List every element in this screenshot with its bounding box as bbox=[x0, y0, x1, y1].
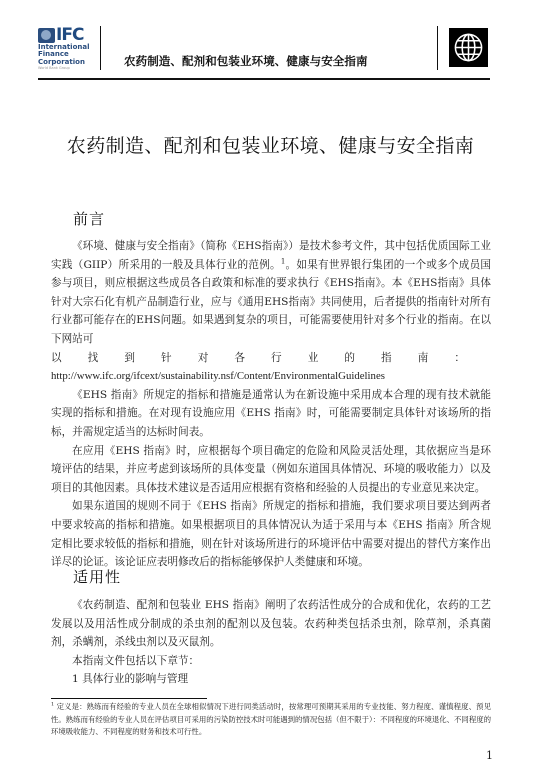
foreword-paragraph-4: 如果东道国的规则不同于《EHS 指南》所规定的指标和措施，我们要求项目要达到两者… bbox=[51, 497, 491, 571]
document-title: 农药制造、配剂和包装业环境、健康与安全指南 bbox=[0, 131, 541, 158]
foreword-paragraph-2: 《EHS 指南》所规定的指标和措施是通常认为在新设施中采用成本合理的现有技术就能… bbox=[51, 386, 491, 442]
header-divider-right bbox=[437, 26, 438, 70]
footnote-separator bbox=[51, 698, 207, 699]
footnote-text: 定义是：熟练而有经验的专业人员在全球相似情况下进行同类活动时，按常理可预期其采用… bbox=[51, 702, 491, 736]
ifc-logo: IFC International Finance Corporation Wo… bbox=[38, 27, 90, 79]
applicability-body: 《农药制造、配剂和包装业 EHS 指南》阐明了农药活性成分的合成和优化，农药的工… bbox=[51, 596, 491, 689]
footnote-marker: 1 bbox=[51, 702, 54, 708]
footnote: 1 定义是：熟练而有经验的专业人员在全球相似情况下进行同类活动时，按常理可预期其… bbox=[51, 701, 491, 739]
chapter-list-item-1: 1 具体行业的影响与管理 bbox=[51, 670, 491, 689]
header-rule bbox=[38, 78, 490, 80]
header-divider-left bbox=[100, 26, 101, 70]
applicability-paragraph-2: 本指南文件包括以下章节： bbox=[51, 652, 491, 671]
document-page: IFC International Finance Corporation Wo… bbox=[0, 0, 541, 782]
paragraph-text: 以找到针对各行业的指南： bbox=[51, 352, 491, 364]
ifc-name-line-3: Corporation bbox=[38, 59, 90, 66]
applicability-paragraph-1: 《农药制造、配剂和包装业 EHS 指南》阐明了农药活性成分的合成和优化，农药的工… bbox=[51, 596, 491, 652]
foreword-body: 《环境、健康与安全指南》（简称《EHS指南》）是技术参考文件，其中包括优质国际工… bbox=[51, 237, 491, 572]
ifc-group-label: World Bank Group bbox=[38, 66, 90, 71]
ifc-abbr: IFC bbox=[56, 27, 83, 44]
foreword-spread-line: 以找到针对各行业的指南： bbox=[51, 349, 491, 368]
page-number: 1 bbox=[486, 749, 493, 762]
paragraph-text: 。如果有世界银行集团的一个或多个成员国参与项目，则应根据这些成员各自政策和标准的… bbox=[51, 259, 491, 345]
foreword-paragraph-1: 《环境、健康与安全指南》（简称《EHS指南》）是技术参考文件，其中包括优质国际工… bbox=[51, 237, 491, 349]
section-heading-applicability: 适用性 bbox=[73, 566, 121, 587]
ifc-globe-icon bbox=[38, 28, 55, 43]
guidelines-url[interactable]: http://www.ifc.org/ifcext/sustainability… bbox=[51, 367, 491, 386]
foreword-paragraph-3: 在应用《EHS 指南》时，应根据每个项目确定的危险和风险灵活处理，其依据应当是环… bbox=[51, 442, 491, 498]
world-bank-globe-icon bbox=[449, 28, 488, 67]
section-heading-foreword: 前言 bbox=[73, 208, 105, 229]
running-header-title: 农药制造、配剂和包装业环境、健康与安全指南 bbox=[124, 53, 368, 69]
